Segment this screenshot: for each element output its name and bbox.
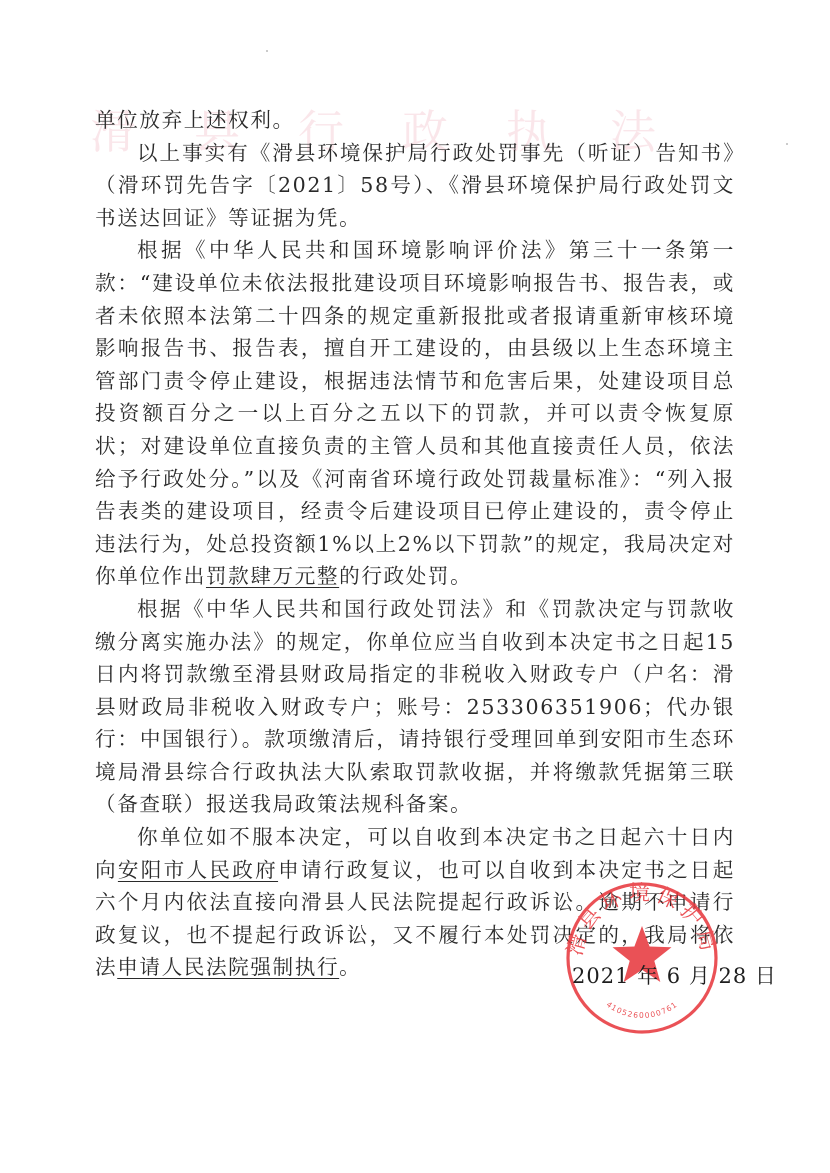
- underlined-text: 安阳市人民政府: [118, 858, 278, 882]
- paragraph-text: 单位放弃上述权利。: [95, 108, 295, 132]
- underlined-text: 罚款肆万元整: [206, 564, 339, 588]
- paragraph-text: 根据《中华人民共和国环境影响评价法》第三十一条第一款：“建设单位未依法报批建设项…: [95, 238, 735, 588]
- paragraph-text: 。: [339, 955, 361, 979]
- scan-speck: [786, 143, 788, 145]
- scan-speck: [266, 50, 268, 52]
- paragraph-payment-instructions: 根据《中华人民共和国行政处罚法》和《罚款决定与罚款收缴分离实施办法》的规定，你单…: [95, 593, 735, 821]
- paragraph-evidence: 以上事实有《滑县环境保护局行政处罚事先（听证）告知书》（滑环罚先告字〔2021〕…: [95, 137, 735, 235]
- document-body: 单位放弃上述权利。 以上事实有《滑县环境保护局行政处罚事先（听证）告知书》（滑环…: [95, 104, 735, 984]
- seal-code: 4105260000761: [605, 1000, 680, 1020]
- official-seal: 滑县环境保护局 4105260000761: [562, 878, 722, 1038]
- paragraph-legal-basis: 根据《中华人民共和国环境影响评价法》第三十一条第一款：“建设单位未依法报批建设项…: [95, 234, 735, 593]
- paragraph-text: 以上事实有《滑县环境保护局行政处罚事先（听证）告知书》（滑环罚先告字〔2021〕…: [95, 141, 735, 230]
- paragraph-text: 根据《中华人民共和国行政处罚法》和《罚款决定与罚款收缴分离实施办法》的规定，你单…: [95, 597, 735, 817]
- svg-text:4105260000761: 4105260000761: [605, 1000, 680, 1020]
- seal-icon: 滑县环境保护局 4105260000761: [562, 878, 722, 1038]
- underlined-text: 申请人民法院强制执行: [117, 955, 339, 979]
- paragraph-waiver: 单位放弃上述权利。: [95, 104, 735, 137]
- issue-date: 2021 年 6 月 28 日: [572, 960, 777, 990]
- paragraph-text: 的行政处罚。: [339, 564, 472, 588]
